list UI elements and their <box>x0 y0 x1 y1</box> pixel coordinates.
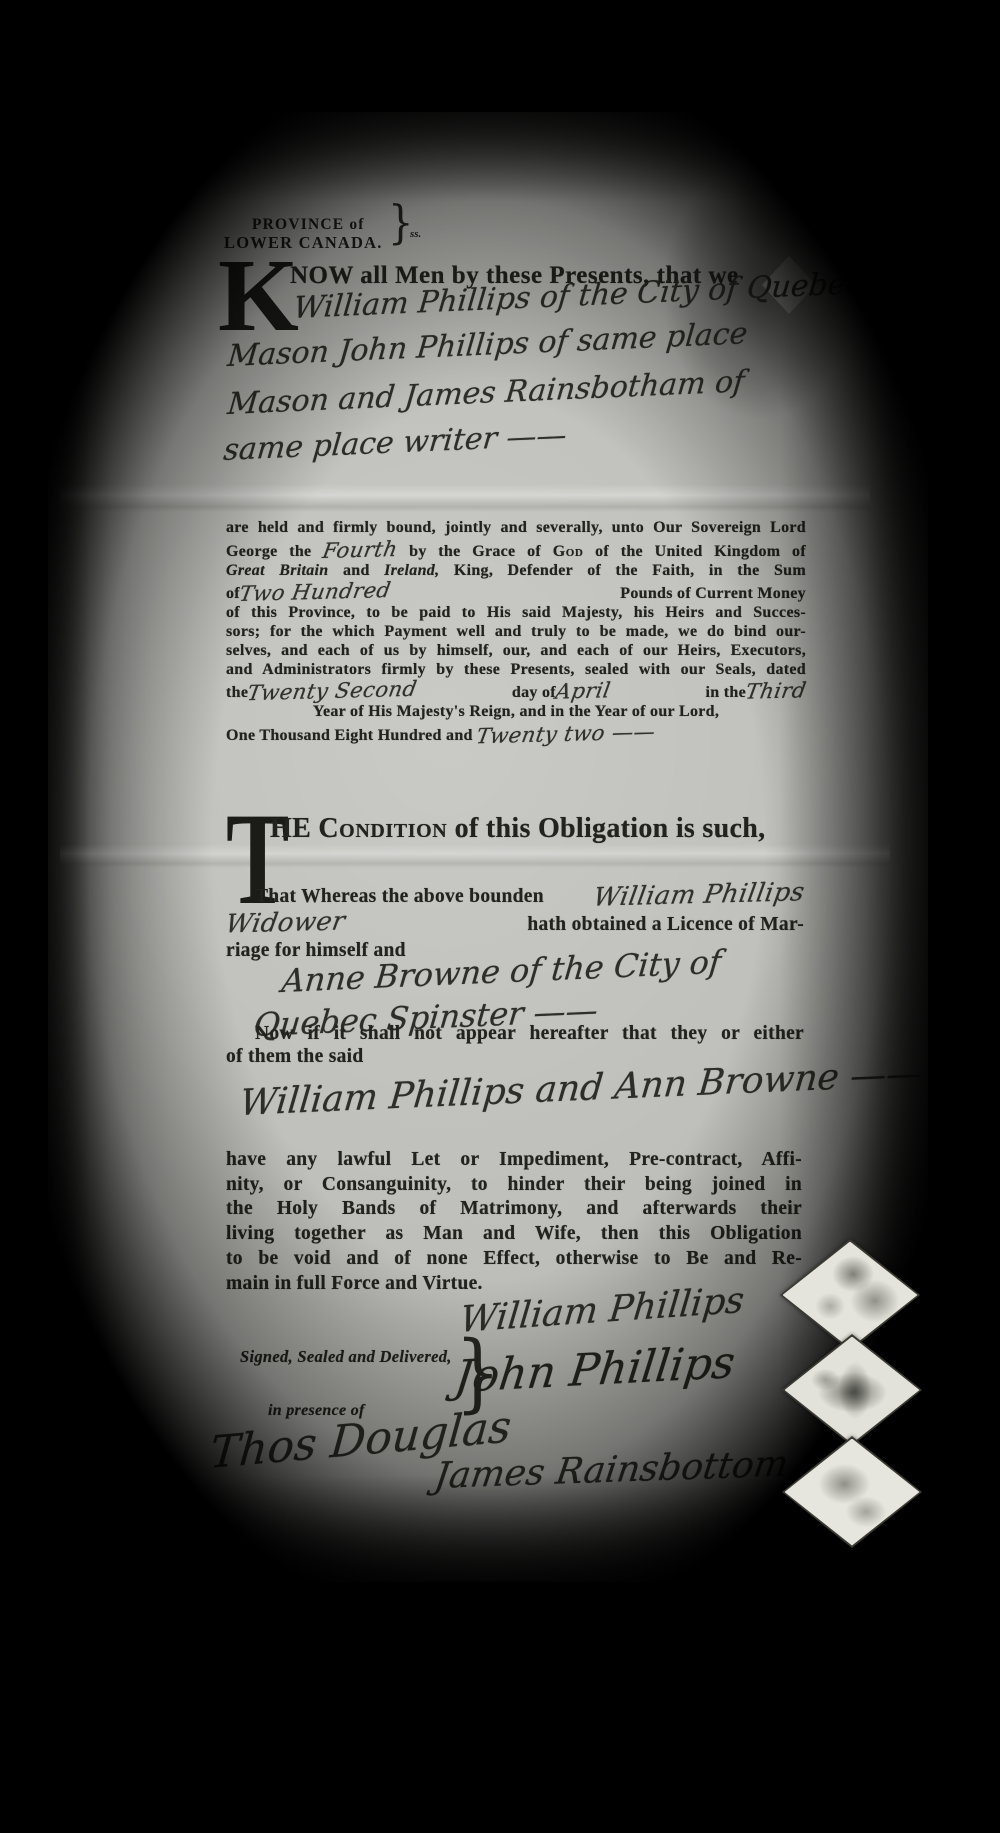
seal-border <box>782 1436 922 1548</box>
printed-text: in the <box>706 684 746 703</box>
province-label-line1: PROVINCE of <box>252 216 365 234</box>
handwritten-text: Widower <box>224 909 347 938</box>
handwritten-text: Third <box>744 680 808 703</box>
text-line: have any lawful Let or Impediment, Pre-c… <box>226 1148 802 1173</box>
printed-text: by the Grace of <box>397 543 552 560</box>
printed-text: sors; for the which Payment well and tru… <box>226 623 806 640</box>
printed-text: HE <box>270 813 318 844</box>
printed-text: have any lawful Let or Impediment, Pre-c… <box>226 1149 802 1170</box>
handwritten-text: Twenty two —— <box>475 721 657 747</box>
handwritten-text: April <box>554 680 612 703</box>
printed-text: the Holy Bands of Matrimony, and afterwa… <box>226 1198 802 1219</box>
printed-text: and <box>329 562 385 579</box>
text-line: living together as Man and Wife, then th… <box>226 1222 802 1247</box>
attestation-line1: Signed, Sealed and Delivered, <box>240 1347 452 1367</box>
text-line: selves, and each of us by himself, our, … <box>226 642 806 661</box>
wax-seal-2 <box>782 1334 922 1446</box>
printed-text: and Administrators firmly by these Prese… <box>226 661 806 678</box>
printed-text: hath obtained a Licence of Mar- <box>527 912 804 938</box>
text-line: the Holy Bands of Matrimony, and afterwa… <box>226 1197 802 1222</box>
printed-text: living together as Man and Wife, then th… <box>226 1223 802 1244</box>
printed-text: main in full Force and Virtue. <box>226 1273 483 1294</box>
printed-text: Condition <box>318 813 447 844</box>
printed-text: King, Defender of the Faith, in the Sum <box>439 562 806 579</box>
seal-face <box>785 1337 920 1444</box>
text-line: sors; for the which Payment well and tru… <box>226 623 806 642</box>
handwritten-text: Fourth <box>321 538 399 561</box>
seal-face <box>783 1242 918 1349</box>
handwritten-text: William Phillips <box>592 880 807 911</box>
text-line: That Whereas the above boundenWilliam Ph… <box>226 882 804 910</box>
seal-face <box>785 1439 920 1546</box>
condition-heading: HE Condition of this Obligation is such, <box>270 814 770 844</box>
text-line: the Twenty Secondday of Aprilin the Thir… <box>226 679 806 703</box>
text-line: Great Britain and Ireland, King, Defende… <box>226 562 806 581</box>
printed-text: are held and firmly bound, jointly and s… <box>226 519 806 536</box>
text-line: are held and firmly bound, jointly and s… <box>226 519 806 538</box>
seal-border <box>782 1334 922 1446</box>
printed-text: Pounds of Current Money <box>620 585 806 604</box>
printed-text: Year of His Majesty's Reign, and in the … <box>313 703 719 720</box>
printed-text: nity, or Consanguinity, to hinder their … <box>226 1174 802 1195</box>
printed-text: God <box>553 543 584 560</box>
printed-text: of this Province, to be paid to His said… <box>226 604 806 621</box>
text-line: to be void and of none Effect, otherwise… <box>226 1247 802 1272</box>
printed-text: of the United Kingdom of <box>583 543 806 560</box>
printed-text: the <box>226 684 248 703</box>
printed-text: Now if it shall not appear hereafter tha… <box>255 1023 804 1044</box>
handwritten-text: Two Hundred <box>238 579 393 604</box>
printed-text: day of <box>512 684 556 703</box>
condition-closing-paragraph: have any lawful Let or Impediment, Pre-c… <box>226 1148 802 1296</box>
text-line: George the Fourth by the Grace of God of… <box>226 538 806 562</box>
printed-text: selves, and each of us by himself, our, … <box>226 642 806 659</box>
archive-stamp-number: 000313 <box>769 162 886 197</box>
printed-text: That Whereas the above bounden <box>255 884 544 910</box>
printed-text: George the <box>226 543 323 560</box>
printed-text: Great Britain <box>226 562 329 579</box>
text-line: Year of His Majesty's Reign, and in the … <box>226 703 806 722</box>
printed-text: of them the said <box>226 1046 364 1067</box>
handwritten-text: Twenty Second <box>246 678 419 704</box>
text-line: HE Condition of this Obligation is such, <box>270 814 770 844</box>
text-line: of this Province, to be paid to His said… <box>226 604 806 623</box>
text-line: One Thousand Eight Hundred and Twenty tw… <box>226 722 806 746</box>
wax-seal-3 <box>782 1436 922 1548</box>
scanned-marriage-bond-page: { "stamp_number": "000313", "header": { … <box>0 0 1000 1833</box>
header-ss-abbreviation: ss. <box>410 228 421 240</box>
printed-text: to be void and of none Effect, otherwise… <box>226 1248 802 1269</box>
opening-dropcap: K <box>218 244 299 348</box>
printed-text: of this Obligation is such, <box>447 813 765 844</box>
text-line: Now if it shall not appear hereafter tha… <box>226 1023 804 1046</box>
text-line: and Administrators firmly by these Prese… <box>226 661 806 680</box>
text-line: of Two HundredPounds of Current Money <box>226 580 806 604</box>
text-line: Widowerhath obtained a Licence of Mar- <box>226 910 804 938</box>
text-line: nity, or Consanguinity, to hinder their … <box>226 1173 802 1198</box>
bond-clause-paragraph: are held and firmly bound, jointly and s… <box>226 519 806 746</box>
printed-text: One Thousand Eight Hundred and <box>226 727 477 744</box>
